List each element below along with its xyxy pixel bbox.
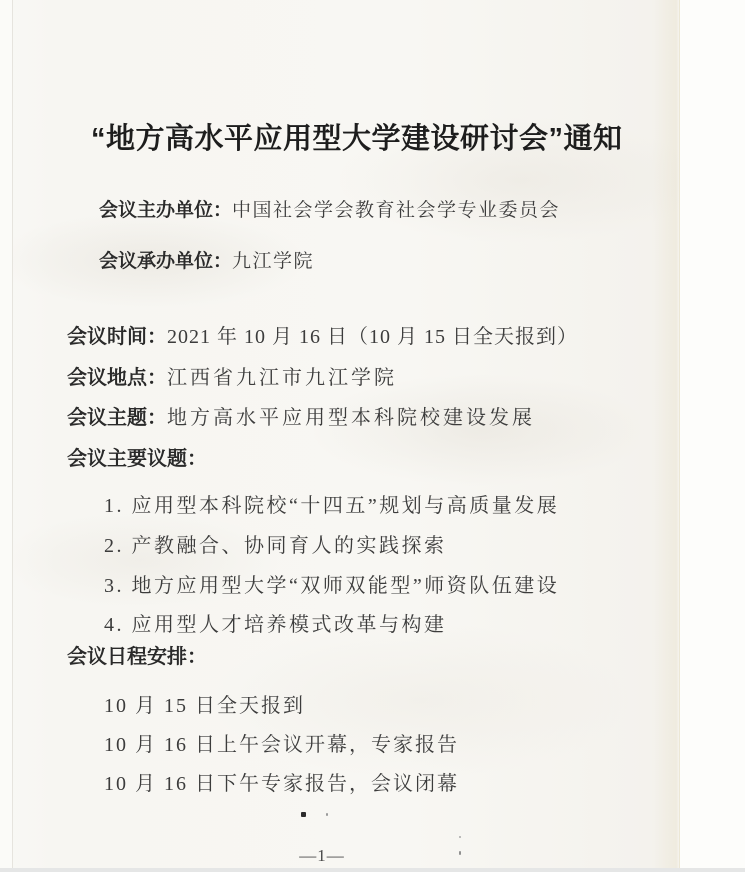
document-title: “地方高水平应用型大学建设研讨会”通知 [91,116,623,157]
scan-speck [326,813,328,816]
scan-speck [301,812,306,817]
schedule-time: 10 月 15 日全天 [104,689,261,718]
schedule-row-2: 10 月 16 日上午会议开幕，专家报告 [104,728,459,757]
organizer-label: 会议主办单位： [99,200,232,221]
topic-item-2: 2. 产教融合、协同育人的实践探索 [104,529,447,558]
scan-left-margin [0,0,13,869]
schedule-activity: 报到 [261,695,305,717]
meeting-time-label: 会议时间： [67,326,167,348]
schedule-activity: 专家报告，会议闭幕 [261,773,459,795]
topic-item-1: 1. 应用型本科院校“十四五”规划与高质量发展 [104,489,559,518]
schedule-row-1: 10 月 15 日全天报到 [104,689,305,718]
schedule-time: 10 月 16 日下午 [104,767,261,796]
host-value: 九江学院 [232,251,314,272]
meeting-time-value: 2021 年 10 月 16 日（10 月 15 日全天报到） [167,326,578,348]
organizer-value: 中国社会学会教育社会学专业委员会 [232,200,560,221]
schedule-section-heading: 会议日程安排： [67,647,207,668]
topics-section-heading: 会议主要议题： [67,449,207,470]
meeting-location-line: 会议地点：江西省九江市九江学院 [67,368,397,389]
schedule-activity: 会议开幕，专家报告 [261,734,459,756]
meeting-location-label: 会议地点： [67,367,167,389]
schedule-time: 10 月 16 日上午 [104,728,261,757]
scan-speck [459,836,461,838]
scanned-page: “地方高水平应用型大学建设研讨会”通知 会议主办单位：中国社会学会教育社会学专业… [0,0,679,869]
organizer-line: 会议主办单位：中国社会学会教育社会学专业委员会 [99,201,560,221]
host-label: 会议承办单位： [99,251,232,272]
topic-item-3: 3. 地方应用型大学“双师双能型”师资队伍建设 [104,569,559,598]
scanner-edge [0,868,745,872]
schedule-row-3: 10 月 16 日下午专家报告，会议闭幕 [104,767,459,796]
page-number: —1— [282,846,362,866]
topic-item-4: 4. 应用型人才培养模式改革与构建 [104,608,447,637]
host-line: 会议承办单位：九江学院 [99,252,314,272]
meeting-theme-line: 会议主题：地方高水平应用型本科院校建设发展 [67,408,535,429]
scan-speck [459,851,461,855]
meeting-time-line: 会议时间：2021 年 10 月 16 日（10 月 15 日全天报到） [67,327,578,348]
meeting-theme-value: 地方高水平应用型本科院校建设发展 [167,407,535,429]
meeting-theme-label: 会议主题： [67,407,167,429]
meeting-location-value: 江西省九江市九江学院 [167,367,397,389]
scan-right-margin [679,0,745,869]
